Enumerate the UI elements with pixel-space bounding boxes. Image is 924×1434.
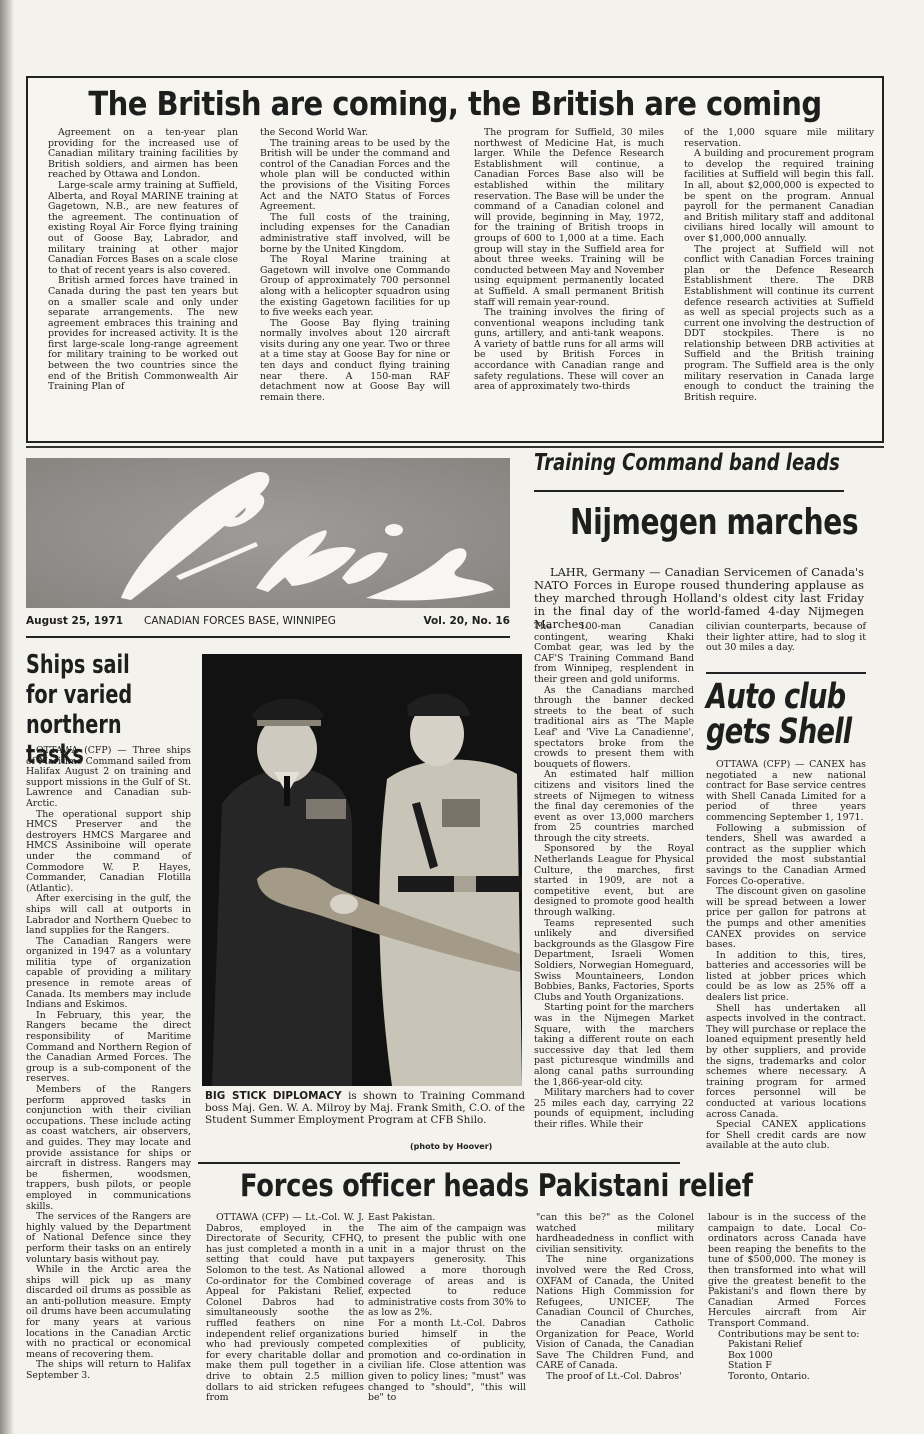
paragraph: The Royal Marine training at Gagetown wi… xyxy=(260,255,450,319)
paragraph: The services of the Rangers are highly v… xyxy=(26,1212,191,1265)
divider-rule xyxy=(198,1162,680,1164)
nijmegen-column-1: The 100-man Canadian contingent, wearing… xyxy=(534,622,694,1131)
pakistani-column-4: labour is in the success of the campaign… xyxy=(708,1213,866,1383)
paragraph: OTTAWA (CFP) — Lt.-Col. W. J. Dabros, em… xyxy=(206,1213,364,1404)
pakistani-headline: Forces officer heads Pakistani relief xyxy=(240,1168,753,1204)
paragraph: The Goose Bay flying training normally i… xyxy=(260,319,450,404)
headline-line: Auto club xyxy=(706,680,862,715)
headline-line: Ships sail xyxy=(26,650,159,680)
issue-date: August 25, 1971 xyxy=(26,615,123,627)
paragraph: the Second World War. xyxy=(260,128,450,139)
divider-rule xyxy=(26,636,510,638)
paragraph: labour is in the success of the campaign… xyxy=(708,1213,866,1330)
paragraph: The ships will return to Halifax Septemb… xyxy=(26,1360,191,1381)
paragraph: Shell has undertaken all aspects involve… xyxy=(706,1004,866,1121)
divider-rule xyxy=(26,446,884,448)
nijmegen-column-2: cilivian counterparts, because of their … xyxy=(706,622,866,654)
paragraph: The Canadian Rangers were organized in 1… xyxy=(26,937,191,1011)
voxair-script-logo-icon: Voxair xyxy=(26,458,510,608)
paragraph: The project at Suffield will not conflic… xyxy=(684,245,874,404)
paragraph: After exercising in the gulf, the ships … xyxy=(26,894,191,936)
paragraph: The full costs of the training, includin… xyxy=(260,213,450,255)
paragraph: The training areas to be used by the Bri… xyxy=(260,139,450,213)
dateline: August 25, 1971 CANADIAN FORCES BASE, WI… xyxy=(26,612,510,632)
paragraph: In addition to this, tires, batteries an… xyxy=(706,951,866,1004)
british-column-4: of the 1,000 square mile military reserv… xyxy=(684,128,874,403)
british-column-2: the Second World War. The training areas… xyxy=(260,128,450,403)
photo-credit: (photo by Hoover) xyxy=(410,1142,492,1151)
paragraph: In February, this year, the Rangers beca… xyxy=(26,1011,191,1085)
paragraph: The operational support ship HMCS Preser… xyxy=(26,810,191,895)
paragraph: The proof of Lt.-Col. Dabros' xyxy=(536,1372,694,1383)
paragraph: Special CANEX applications for Shell cre… xyxy=(706,1120,866,1152)
paragraph: An estimated half million citizens and v… xyxy=(534,770,694,844)
paragraph: of the 1,000 square mile military reserv… xyxy=(684,128,874,149)
auto-club-body: OTTAWA (CFP) — CANEX has negotiated a ne… xyxy=(706,760,866,1152)
paragraph: Starting point for the marchers was in t… xyxy=(534,1003,694,1088)
paragraph: Members of the Rangers perform approved … xyxy=(26,1085,191,1212)
pakistani-column-1: OTTAWA (CFP) — Lt.-Col. W. J. Dabros, em… xyxy=(206,1213,364,1404)
paragraph: cilivian counterparts, because of their … xyxy=(706,622,866,654)
address-line: Toronto, Ontario. xyxy=(708,1372,866,1383)
paragraph: The discount given on gasoline will be s… xyxy=(706,887,866,951)
two-officers-photo-icon xyxy=(202,654,522,1086)
paragraph: Military marchers had to cover 25 miles … xyxy=(534,1088,694,1130)
headline-line: gets Shell xyxy=(706,715,862,750)
paragraph: The 100-man Canadian contingent, wearing… xyxy=(534,622,694,686)
caption-lead: BIG STICK DIPLOMACY xyxy=(205,1090,342,1102)
paragraph: Sponsored by the Royal Netherlands Leagu… xyxy=(534,844,694,918)
divider-rule xyxy=(534,490,844,492)
pakistani-column-3: "can this be?" as the Colonel watched mi… xyxy=(536,1213,694,1383)
base-name: CANADIAN FORCES BASE, WINNIPEG xyxy=(144,615,336,627)
british-article-box: The British are coming, the British are … xyxy=(26,76,884,443)
headline-line: for varied xyxy=(26,680,159,710)
paragraph: While in the Arctic area the ships will … xyxy=(26,1265,191,1360)
big-stick-photo xyxy=(202,654,522,1086)
paragraph: OTTAWA (CFP) — Three ships of Maritime C… xyxy=(26,746,191,810)
paragraph: The training involves the firing of conv… xyxy=(474,308,664,393)
paragraph: "can this be?" as the Colonel watched mi… xyxy=(536,1213,694,1255)
paragraph: Following a submission of tenders, Shell… xyxy=(706,824,866,888)
nijmegen-headline: Nijmegen marches xyxy=(570,502,858,543)
divider-rule xyxy=(706,672,866,674)
photo-caption: BIG STICK DIPLOMACY is shown to Training… xyxy=(205,1090,525,1126)
ships-body: OTTAWA (CFP) — Three ships of Maritime C… xyxy=(26,746,191,1382)
paragraph: Agreement on a ten-year plan providing f… xyxy=(48,128,238,181)
paragraph: The nine organizations involved were the… xyxy=(536,1255,694,1372)
auto-club-headline: Auto club gets Shell xyxy=(706,680,862,750)
paragraph: Teams represented such unlikely and dive… xyxy=(534,919,694,1004)
british-headline: The British are coming, the British are … xyxy=(79,84,831,123)
paragraph: The program for Suffield, 30 miles north… xyxy=(474,128,664,308)
voxair-masthead: Voxair xyxy=(26,458,510,608)
paragraph: As the Canadians marched through the ban… xyxy=(534,686,694,771)
paragraph: East Pakistan. xyxy=(368,1213,526,1224)
paragraph: The aim of the campaign was to present t… xyxy=(368,1224,526,1319)
british-column-3: The program for Suffield, 30 miles north… xyxy=(474,128,664,393)
paragraph: A building and procurement program to de… xyxy=(684,149,874,244)
paragraph: Large-scale army training at Suffield, A… xyxy=(48,181,238,276)
volume-number: Vol. 20, No. 16 xyxy=(423,615,510,627)
british-column-1: Agreement on a ten-year plan providing f… xyxy=(48,128,238,393)
scan-page-edge xyxy=(0,0,14,1434)
paragraph: OTTAWA (CFP) — CANEX has negotiated a ne… xyxy=(706,760,866,824)
nijmegen-kicker: Training Command band leads xyxy=(534,450,791,490)
paragraph: British armed forces have trained in Can… xyxy=(48,276,238,393)
paragraph: For a month Lt.-Col. Dabros buried himse… xyxy=(368,1319,526,1404)
pakistani-column-2: East Pakistan. The aim of the campaign w… xyxy=(368,1213,526,1404)
